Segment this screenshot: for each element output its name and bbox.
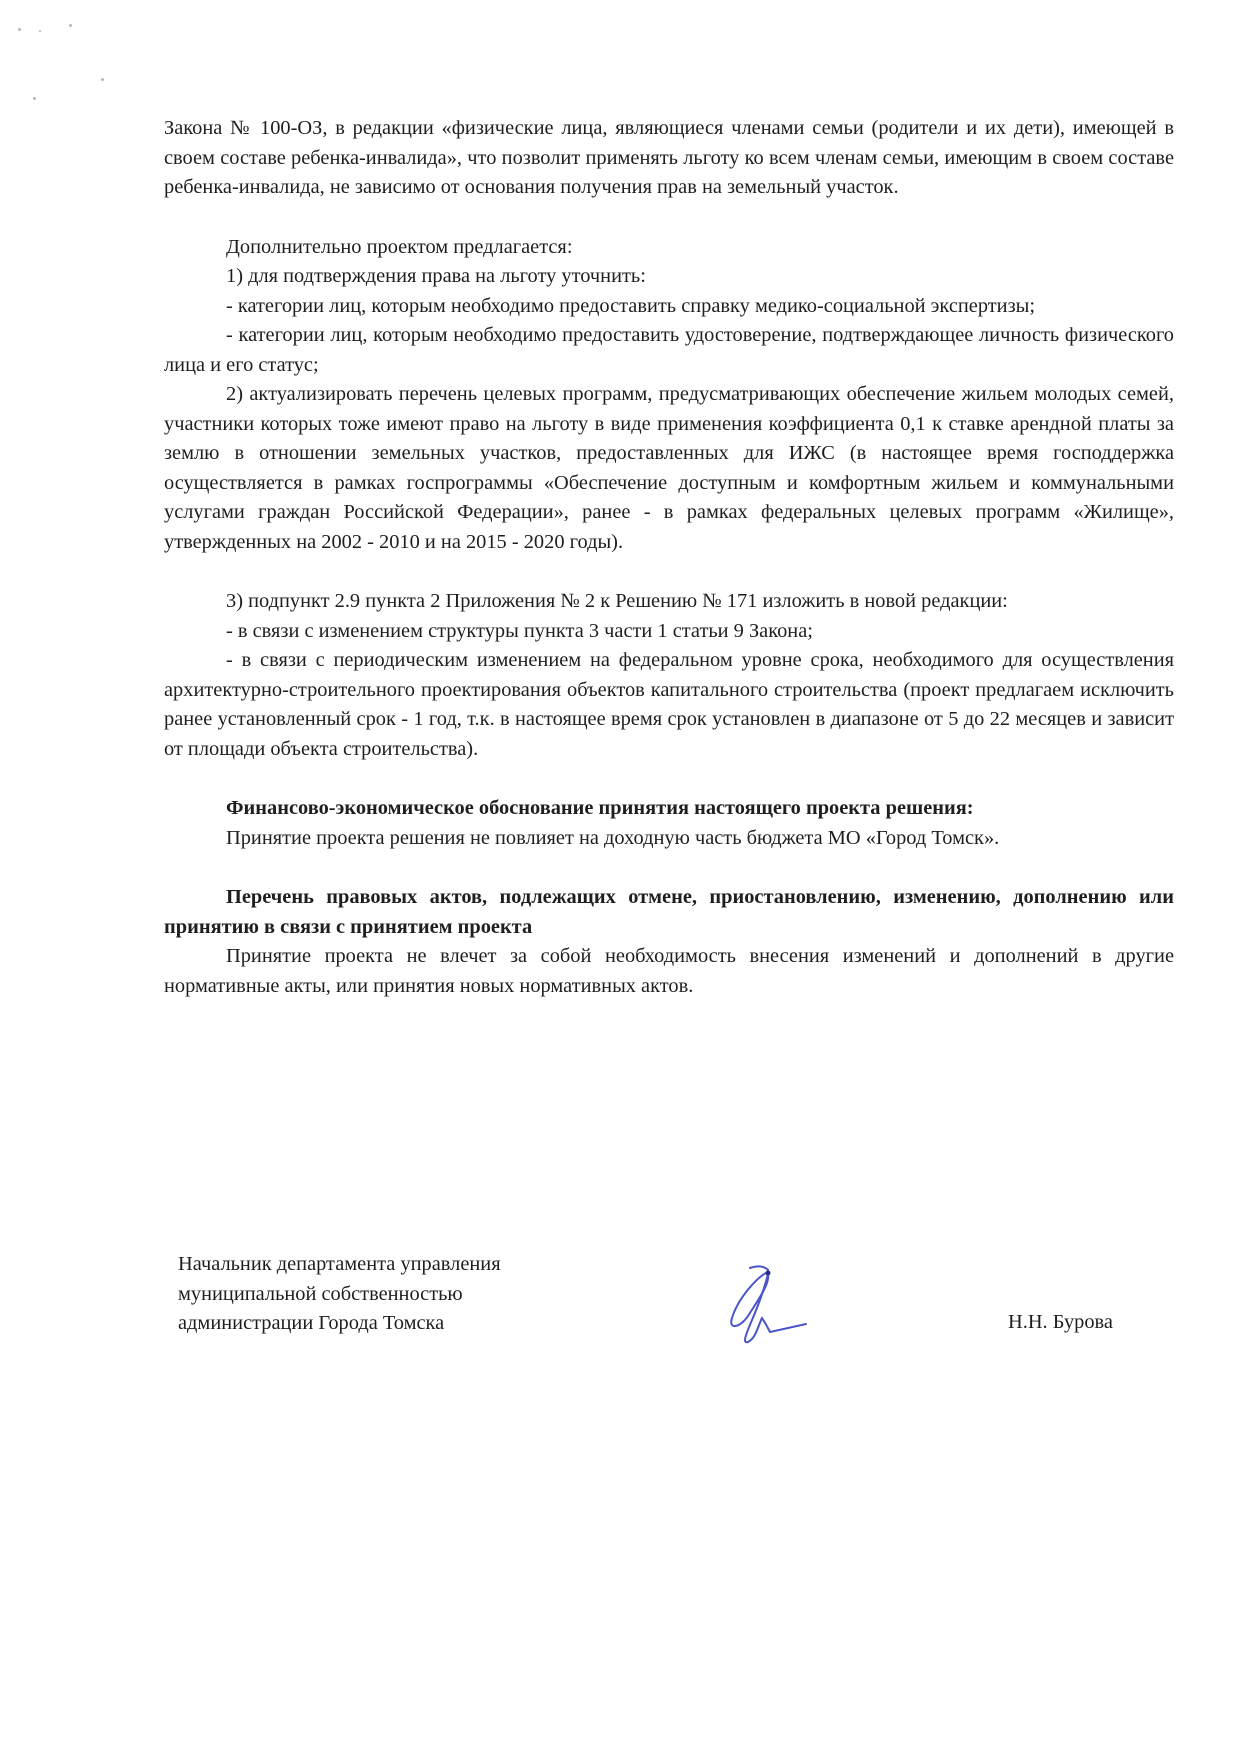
item3-bullet1: - в связи с изменением структуры пункта … [164,617,1174,647]
intro-paragraph: Закона № 100-ОЗ, в редакции «физические … [164,114,1174,203]
signatory-title-line1: Начальник департамента управления [178,1250,501,1280]
signatory-title: Начальник департамента управления муници… [178,1250,501,1339]
scan-speck [101,78,104,81]
signatory-title-line3: администрации Города Томска [178,1309,501,1339]
finance-text: Принятие проекта решения не повлияет на … [164,824,1174,854]
item3-bullet2: - в связи с периодическим изменением на … [164,646,1174,764]
item1-bullet1: - категории лиц, которым необходимо пред… [164,292,1174,322]
item1-title: 1) для подтверждения права на льготу уто… [164,262,1174,292]
acts-heading: Перечень правовых актов, подлежащих отме… [164,883,1174,942]
item1-bullet2: - категории лиц, которым необходимо пред… [164,321,1174,380]
scan-speck [18,28,21,31]
handwritten-signature-icon [718,1258,818,1348]
item3-title: 3) подпункт 2.9 пункта 2 Приложения № 2 … [164,587,1174,617]
signature-block: Начальник департамента управления муници… [178,1250,1178,1350]
additional-heading: Дополнительно проектом предлагается: [164,233,1174,263]
scan-speck [33,97,36,100]
signatory-name: Н.Н. Бурова [1008,1308,1113,1338]
acts-text: Принятие проекта не влечет за собой необ… [164,942,1174,1001]
scan-speck [39,30,41,32]
document-body: Закона № 100-ОЗ, в редакции «физические … [164,114,1174,1001]
signatory-title-line2: муниципальной собственностью [178,1280,501,1310]
finance-heading: Финансово-экономическое обоснование прин… [164,794,1174,824]
scan-speck [69,24,72,27]
item2-paragraph: 2) актуализировать перечень целевых прог… [164,380,1174,557]
